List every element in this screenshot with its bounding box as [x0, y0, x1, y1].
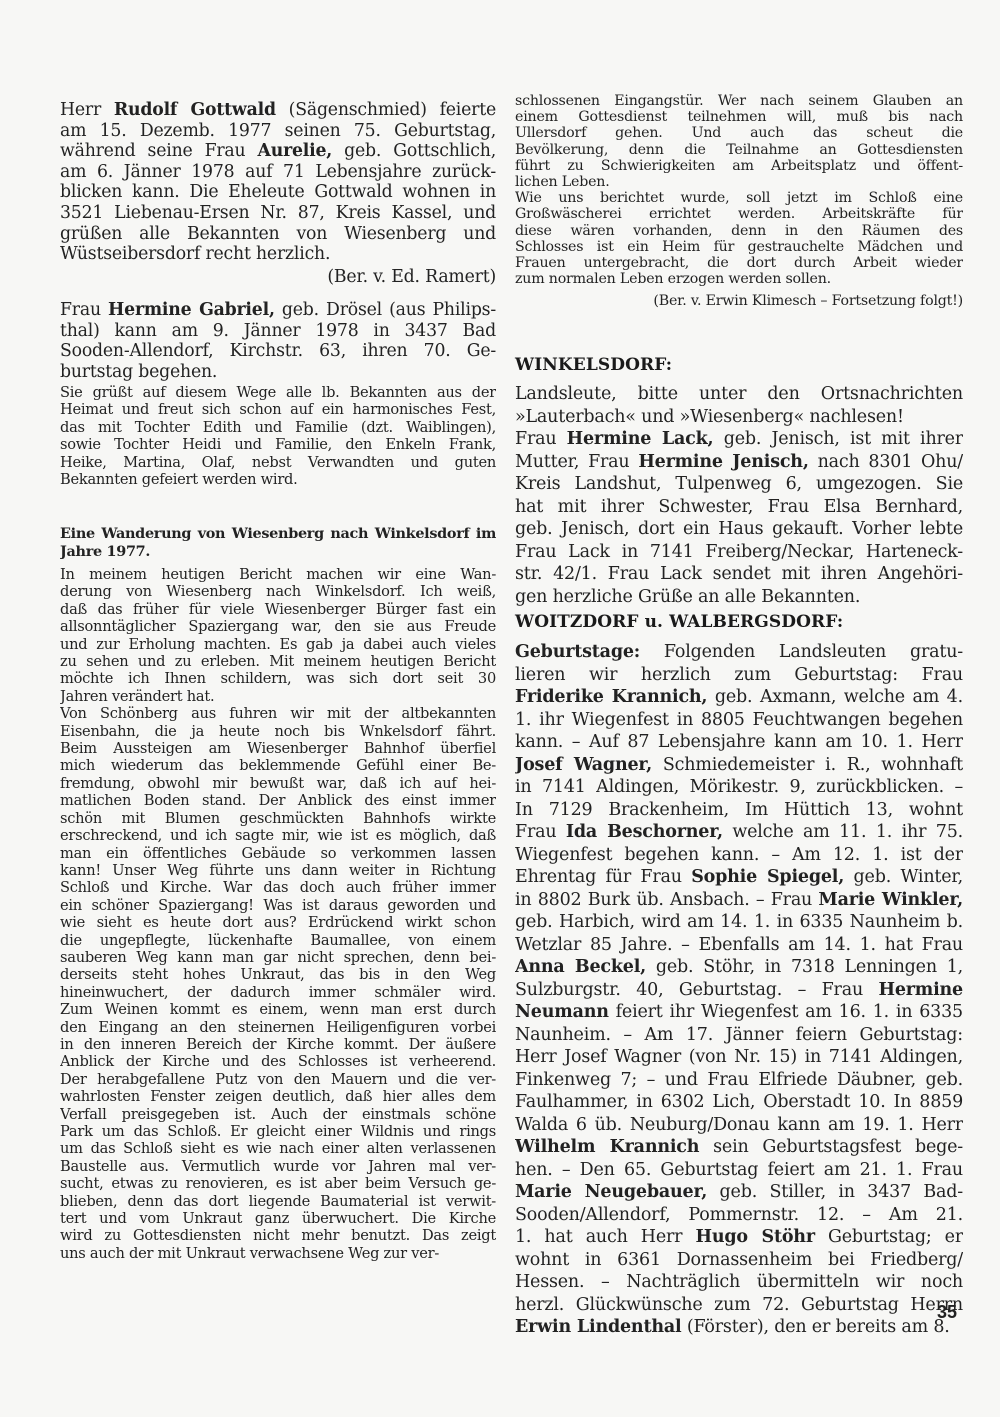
text-line: Herr Rudolf Gottwald (Sägenschmied) feie…: [60, 100, 496, 121]
text-line: in 8802 Burk üb. Ansbach. – Frau Marie W…: [515, 889, 963, 912]
text-line: 3521 Liebenau-Ersen Nr. 87, Kreis Kassel…: [60, 203, 496, 224]
text-line: Jahren verändert hat.: [60, 688, 496, 705]
text-line: in den inneren Bereich der Kirche kommt.…: [60, 1036, 496, 1053]
text-line: Finkenweg 7; – und Frau Elfriede Däubner…: [515, 1069, 963, 1092]
text-line: Herr Josef Wagner (von Nr. 15) in 7141 A…: [515, 1046, 963, 1069]
text-line: Mutter, Frau Hermine Jenisch, nach 8301 …: [515, 451, 963, 474]
text-line: Neumann feiert ihr Wiegenfest am 16. 1. …: [515, 1001, 963, 1024]
text-line: Sulzburgstr. 40, Geburtstag. – Frau Herm…: [515, 979, 963, 1002]
article-body: In meinem heutigen Bericht machen wir ei…: [60, 566, 496, 1262]
woitzdorf-body: Geburtstage: Folgenden Landsleuten gratu…: [515, 641, 963, 1339]
text-line: Friderike Krannich, geb. Axmann, welche …: [515, 686, 963, 709]
text-line: kann. – Auf 87 Lebensjahre kann am 10. 1…: [515, 731, 963, 754]
text-line: Schloß und Kirche. War das doch auch frü…: [60, 879, 496, 896]
text-line: Landsleute, bitte unter den Ortsnachrich…: [515, 383, 963, 406]
text-line: mich wiederum das beklemmende Gefühl ein…: [60, 757, 496, 774]
name-highlight: Hermine: [878, 980, 963, 1000]
text-line: In 7129 Brackenheim, Im Hüttich 13, wohn…: [515, 799, 963, 822]
text-line: wohnt in 6361 Dornassenheim bei Friedber…: [515, 1249, 963, 1272]
text-line: grüßen alle Bekannten von Wiesenberg und: [60, 224, 496, 245]
name-highlight: Erwin Lindenthal: [515, 1317, 681, 1337]
text-line: Marie Neugebauer, geb. Stiller, in 3437 …: [515, 1181, 963, 1204]
text-line: matlichen Boden stand. Der Anblick des e…: [60, 792, 496, 809]
text-line: wird zu Gottesdiensten nicht mehr benutz…: [60, 1227, 496, 1244]
name-highlight: Hermine Jenisch,: [638, 452, 808, 472]
text-line: gen herzliche Grüße an alle Bekannten.: [515, 586, 963, 609]
page-number: 35: [937, 1302, 957, 1323]
text-line: burtstag begehen.: [60, 362, 496, 383]
text-line: Sooden/Allendorf, Pommernstr. 12. – Am 2…: [515, 1204, 963, 1227]
text-line: Der herabgefallene Putz von den Mauern u…: [60, 1071, 496, 1088]
text-line: »Lauterbach« und »Wiesenberg« nachlesen!: [515, 406, 963, 429]
text-line: Großwäscherei errichtet werden. Arbeitsk…: [515, 206, 963, 222]
text-line: hineinwuchert, der dadurch immer schmäle…: [60, 984, 496, 1001]
text-line: Von Schönberg aus fuhren wir mit der alt…: [60, 705, 496, 722]
section-heading-text: WINKELSDORF:: [515, 355, 672, 375]
text-line: schön mit Blumen geschmückten Bahnhofs w…: [60, 810, 496, 827]
text-line: Sooden-Allendorf, Kirchstr. 63, ihren 70…: [60, 341, 496, 362]
article-credit: (Ber. v. Erwin Klimesch – Fortsetzung fo…: [515, 293, 963, 309]
text-line: Jahre 1977.: [60, 543, 496, 561]
text-line: 1. hat auch Herr Hugo Stöhr Geburtstag; …: [515, 1226, 963, 1249]
name-highlight: Rudolf Gottwald: [114, 100, 276, 120]
section-heading-winkelsdorf: WINKELSDORF:: [515, 355, 963, 375]
name-highlight: Hugo Stöhr: [695, 1227, 814, 1247]
name-highlight: Anna Beckel,: [515, 957, 646, 977]
text-line: In meinem heutigen Bericht machen wir ei…: [60, 566, 496, 583]
text-line: Walda 6 üb. Neuburg/Donau kann am 19. 1.…: [515, 1114, 963, 1137]
text-line: Josef Wagner, Schmiedemeister i. R., woh…: [515, 754, 963, 777]
section-heading-woitzdorf: WOITZDORF u. WALBERGSDORF:: [515, 612, 963, 632]
text-line: einem Gottesdienst teilnehmen will, muß …: [515, 109, 963, 125]
text-line: Wilhelm Krannich sein Geburtstagsfest be…: [515, 1136, 963, 1159]
text-line: daß das früher für viele Wiesenberger Bü…: [60, 601, 496, 618]
text-line: ein schöner Spaziergang! Was ist daraus …: [60, 897, 496, 914]
text-line: blicken kann. Die Eheleute Gottwald wohn…: [60, 182, 496, 203]
name-highlight: Josef Wagner,: [515, 755, 652, 775]
text-line: sucht, etwas zu renovieren, es ist aber …: [60, 1175, 496, 1192]
winkelsdorf-body: Landsleute, bitte unter den Ortsnachrich…: [515, 383, 963, 608]
name-highlight: Geburtstage:: [515, 642, 640, 662]
text-line: Eisenbahn, die ja heute noch bis Wnkelsd…: [60, 723, 496, 740]
text-line: Wetzlar 85 Jahre. – Ebenfalls am 14. 1. …: [515, 934, 963, 957]
text-line: Frau Hermine Gabriel, geb. Drösel (aus P…: [60, 300, 496, 321]
text-line: das mit Tochter Edith und Familie (dzt. …: [60, 419, 496, 436]
text-line: Verfall preisgegeben ist. Auch der einst…: [60, 1106, 496, 1123]
text-line: erschreckend, und ich sagte mir, wie ist…: [60, 827, 496, 844]
text-line: hat mit ihrer Schwester, Frau Elsa Bernh…: [515, 496, 963, 519]
text-line: Hessen. – Nachträglich übermitteln wir n…: [515, 1271, 963, 1294]
text-line: diese wären vorhanden, denn in den Räume…: [515, 223, 963, 239]
text-line: wahrlosten Fenster zeigen deutlich, daß …: [60, 1088, 496, 1105]
article-heading: Eine Wanderung von Wiesenberg nach Winke…: [60, 525, 496, 561]
text-line: Geburtstage: Folgenden Landsleuten gratu…: [515, 641, 963, 664]
text-line: Sie grüßt auf diesem Wege alle lb. Bekan…: [60, 384, 496, 401]
name-highlight: Neumann: [515, 1002, 609, 1022]
text-line: Faulhammer, in 6302 Lich, Oberstadt 10. …: [515, 1091, 963, 1114]
text-line: Wie uns berichtet wurde, soll jetzt im S…: [515, 190, 963, 206]
text-line: derseits steht hohes Unkraut, das bis in…: [60, 966, 496, 983]
text-line: den Eingang an den steinernen Heiligenfi…: [60, 1019, 496, 1036]
text-line: thal) kann am 9. Jänner 1978 in 3437 Bad: [60, 321, 496, 342]
text-line: geb. Jenisch, dort ein Haus gekauft. Vor…: [515, 518, 963, 541]
text-line: herzl. Glückwünsche zum 72. Geburtstag H…: [515, 1294, 963, 1317]
text-line: Ehrentag für Frau Sophie Spiegel, geb. W…: [515, 866, 963, 889]
gottwald-notice: Herr Rudolf Gottwald (Sägenschmied) feie…: [60, 100, 496, 265]
credit-line: (Ber. v. Erwin Klimesch – Fortsetzung fo…: [515, 293, 963, 309]
gabriel-notice: Frau Hermine Gabriel, geb. Drösel (aus P…: [60, 300, 496, 382]
text-line: während seine Frau Aurelie, geb. Gottsch…: [60, 141, 496, 162]
text-line: und zur Erholung machten. Es gab ja dabe…: [60, 636, 496, 653]
text-line: Erwin Lindenthal (Förster), den er berei…: [515, 1316, 963, 1339]
text-line: Eine Wanderung von Wiesenberg nach Winke…: [60, 525, 496, 543]
text-line: Beim Aussteigen am Wiesenberger Bahnhof …: [60, 740, 496, 757]
text-line: in 7141 Aldingen, Mörikestr. 9, zurückbl…: [515, 776, 963, 799]
text-line: lichen Leben.: [515, 174, 963, 190]
text-line: Schlosses ist ein Heim für gestrauchelte…: [515, 239, 963, 255]
text-line: kann! Unser Weg führte uns dann weiter i…: [60, 862, 496, 879]
text-line: Anna Beckel, geb. Stöhr, in 7318 Lenning…: [515, 956, 963, 979]
text-line: Bekannten gefeiert werden wird.: [60, 471, 496, 488]
gottwald-credit: (Ber. v. Ed. Ramert): [60, 267, 496, 288]
article-continuation: schlossenen Eingangstür. Wer nach seinem…: [515, 93, 963, 287]
name-highlight: Friderike Krannich,: [515, 687, 707, 707]
text-line: sauberen Weg kann man gar nicht sprechen…: [60, 949, 496, 966]
newsletter-page: Herr Rudolf Gottwald (Sägenschmied) feie…: [0, 0, 1000, 1417]
text-line: Wiegenfest begehen kann. – Am 12. 1. ist…: [515, 844, 963, 867]
text-line: wie sieht es heute dort aus? Erdrückend …: [60, 914, 496, 931]
text-line: allsonntäglicher Spaziergang war, den si…: [60, 618, 496, 635]
text-line: Wüstseibersdorf recht herzlich.: [60, 244, 496, 265]
name-highlight: Sophie Spiegel,: [691, 867, 844, 887]
text-line: Zum Weinen kommt es einem, wenn man erst…: [60, 1001, 496, 1018]
gabriel-greeting: Sie grüßt auf diesem Wege alle lb. Bekan…: [60, 384, 496, 488]
text-line: fremdung, obwohl mir bewußt war, daß ich…: [60, 775, 496, 792]
text-line: Ullersdorf gehen. Und auch das scheut di…: [515, 125, 963, 141]
text-line: möchte ich Ihnen schildern, was sich dor…: [60, 670, 496, 687]
text-line: Park um das Schloß. Er gleicht einer Wil…: [60, 1123, 496, 1140]
text-line: zum normalen Leben erzogen werden sollen…: [515, 271, 963, 287]
section-heading-text: WOITZDORF u. WALBERGSDORF:: [515, 612, 843, 632]
name-highlight: Wilhelm Krannich: [515, 1137, 699, 1157]
text-line: geb. Harbich, wird am 14. 1. in 6335 Nau…: [515, 911, 963, 934]
text-line: Bevölkerung, denn die Teilnahme an Gotte…: [515, 142, 963, 158]
text-line: lieren wir herzlich zum Geburtstag: Frau: [515, 664, 963, 687]
text-line: schlossenen Eingangstür. Wer nach seinem…: [515, 93, 963, 109]
text-line: am 15. Dezemb. 1977 seinen 75. Geburtsta…: [60, 121, 496, 142]
name-highlight: Hermine Gabriel,: [108, 300, 275, 320]
text-line: Heimat und freut sich schon auf ein harm…: [60, 401, 496, 418]
text-line: Frau Lack in 7141 Freiberg/Neckar, Harte…: [515, 541, 963, 564]
text-line: Frau Ida Beschorner, welche am 11. 1. ih…: [515, 821, 963, 844]
name-highlight: Marie Winkler,: [818, 890, 963, 910]
text-line: die ungepflegte, lückenhafte Baumallee, …: [60, 932, 496, 949]
text-line: uns auch der mit Unkraut verwachsene Weg…: [60, 1245, 496, 1262]
text-line: sowie Tochter Heidi und Familie, den Enk…: [60, 436, 496, 453]
text-line: Frau Hermine Lack, geb. Jenisch, ist mit…: [515, 428, 963, 451]
text-line: Kreis Landshut, Tulpenweg 6, umgezogen. …: [515, 473, 963, 496]
text-line: man ein öffentliches Gebäude so verkomme…: [60, 845, 496, 862]
name-highlight: Marie Neugebauer,: [515, 1182, 707, 1202]
text-line: derung von Wiesenberg nach Winkelsdorf. …: [60, 583, 496, 600]
text-line: blieben, denn das dort liegende Baumater…: [60, 1193, 496, 1210]
text-line: Baustelle aus. Vermutlich wurde vor Jahr…: [60, 1158, 496, 1175]
text-line: 1. ihr Wiegenfest in 8805 Feuchtwangen b…: [515, 709, 963, 732]
text-line: Anblick der Kirche und des Schlosses ist…: [60, 1053, 496, 1070]
text-line: hen. – Den 65. Geburtstag feiert am 21. …: [515, 1159, 963, 1182]
text-line: Heike, Martina, Olaf, nebst Verwandten u…: [60, 454, 496, 471]
name-highlight: Aurelie,: [258, 141, 333, 161]
text-line: tert und vom Unkraut ganz überwuchert. D…: [60, 1210, 496, 1227]
text-line: str. 42/1. Frau Lack sendet mit ihren An…: [515, 563, 963, 586]
text-line: Frauen untergebracht, die dort durch Arb…: [515, 255, 963, 271]
name-highlight: Ida Beschorner,: [566, 822, 723, 842]
text-line: um das Schloß sieht es wie nach einer al…: [60, 1140, 496, 1157]
name-highlight: Hermine Lack,: [567, 429, 714, 449]
text-line: zu sehen und zu erleben. Mit meinem heut…: [60, 653, 496, 670]
credit-line: (Ber. v. Ed. Ramert): [60, 267, 496, 288]
text-line: am 6. Jänner 1978 auf 71 Lebensjahre zur…: [60, 162, 496, 183]
text-line: führt zu Schwierigkeiten am Arbeitsplatz…: [515, 158, 963, 174]
text-line: Naunheim. – Am 17. Jänner feiern Geburts…: [515, 1024, 963, 1047]
